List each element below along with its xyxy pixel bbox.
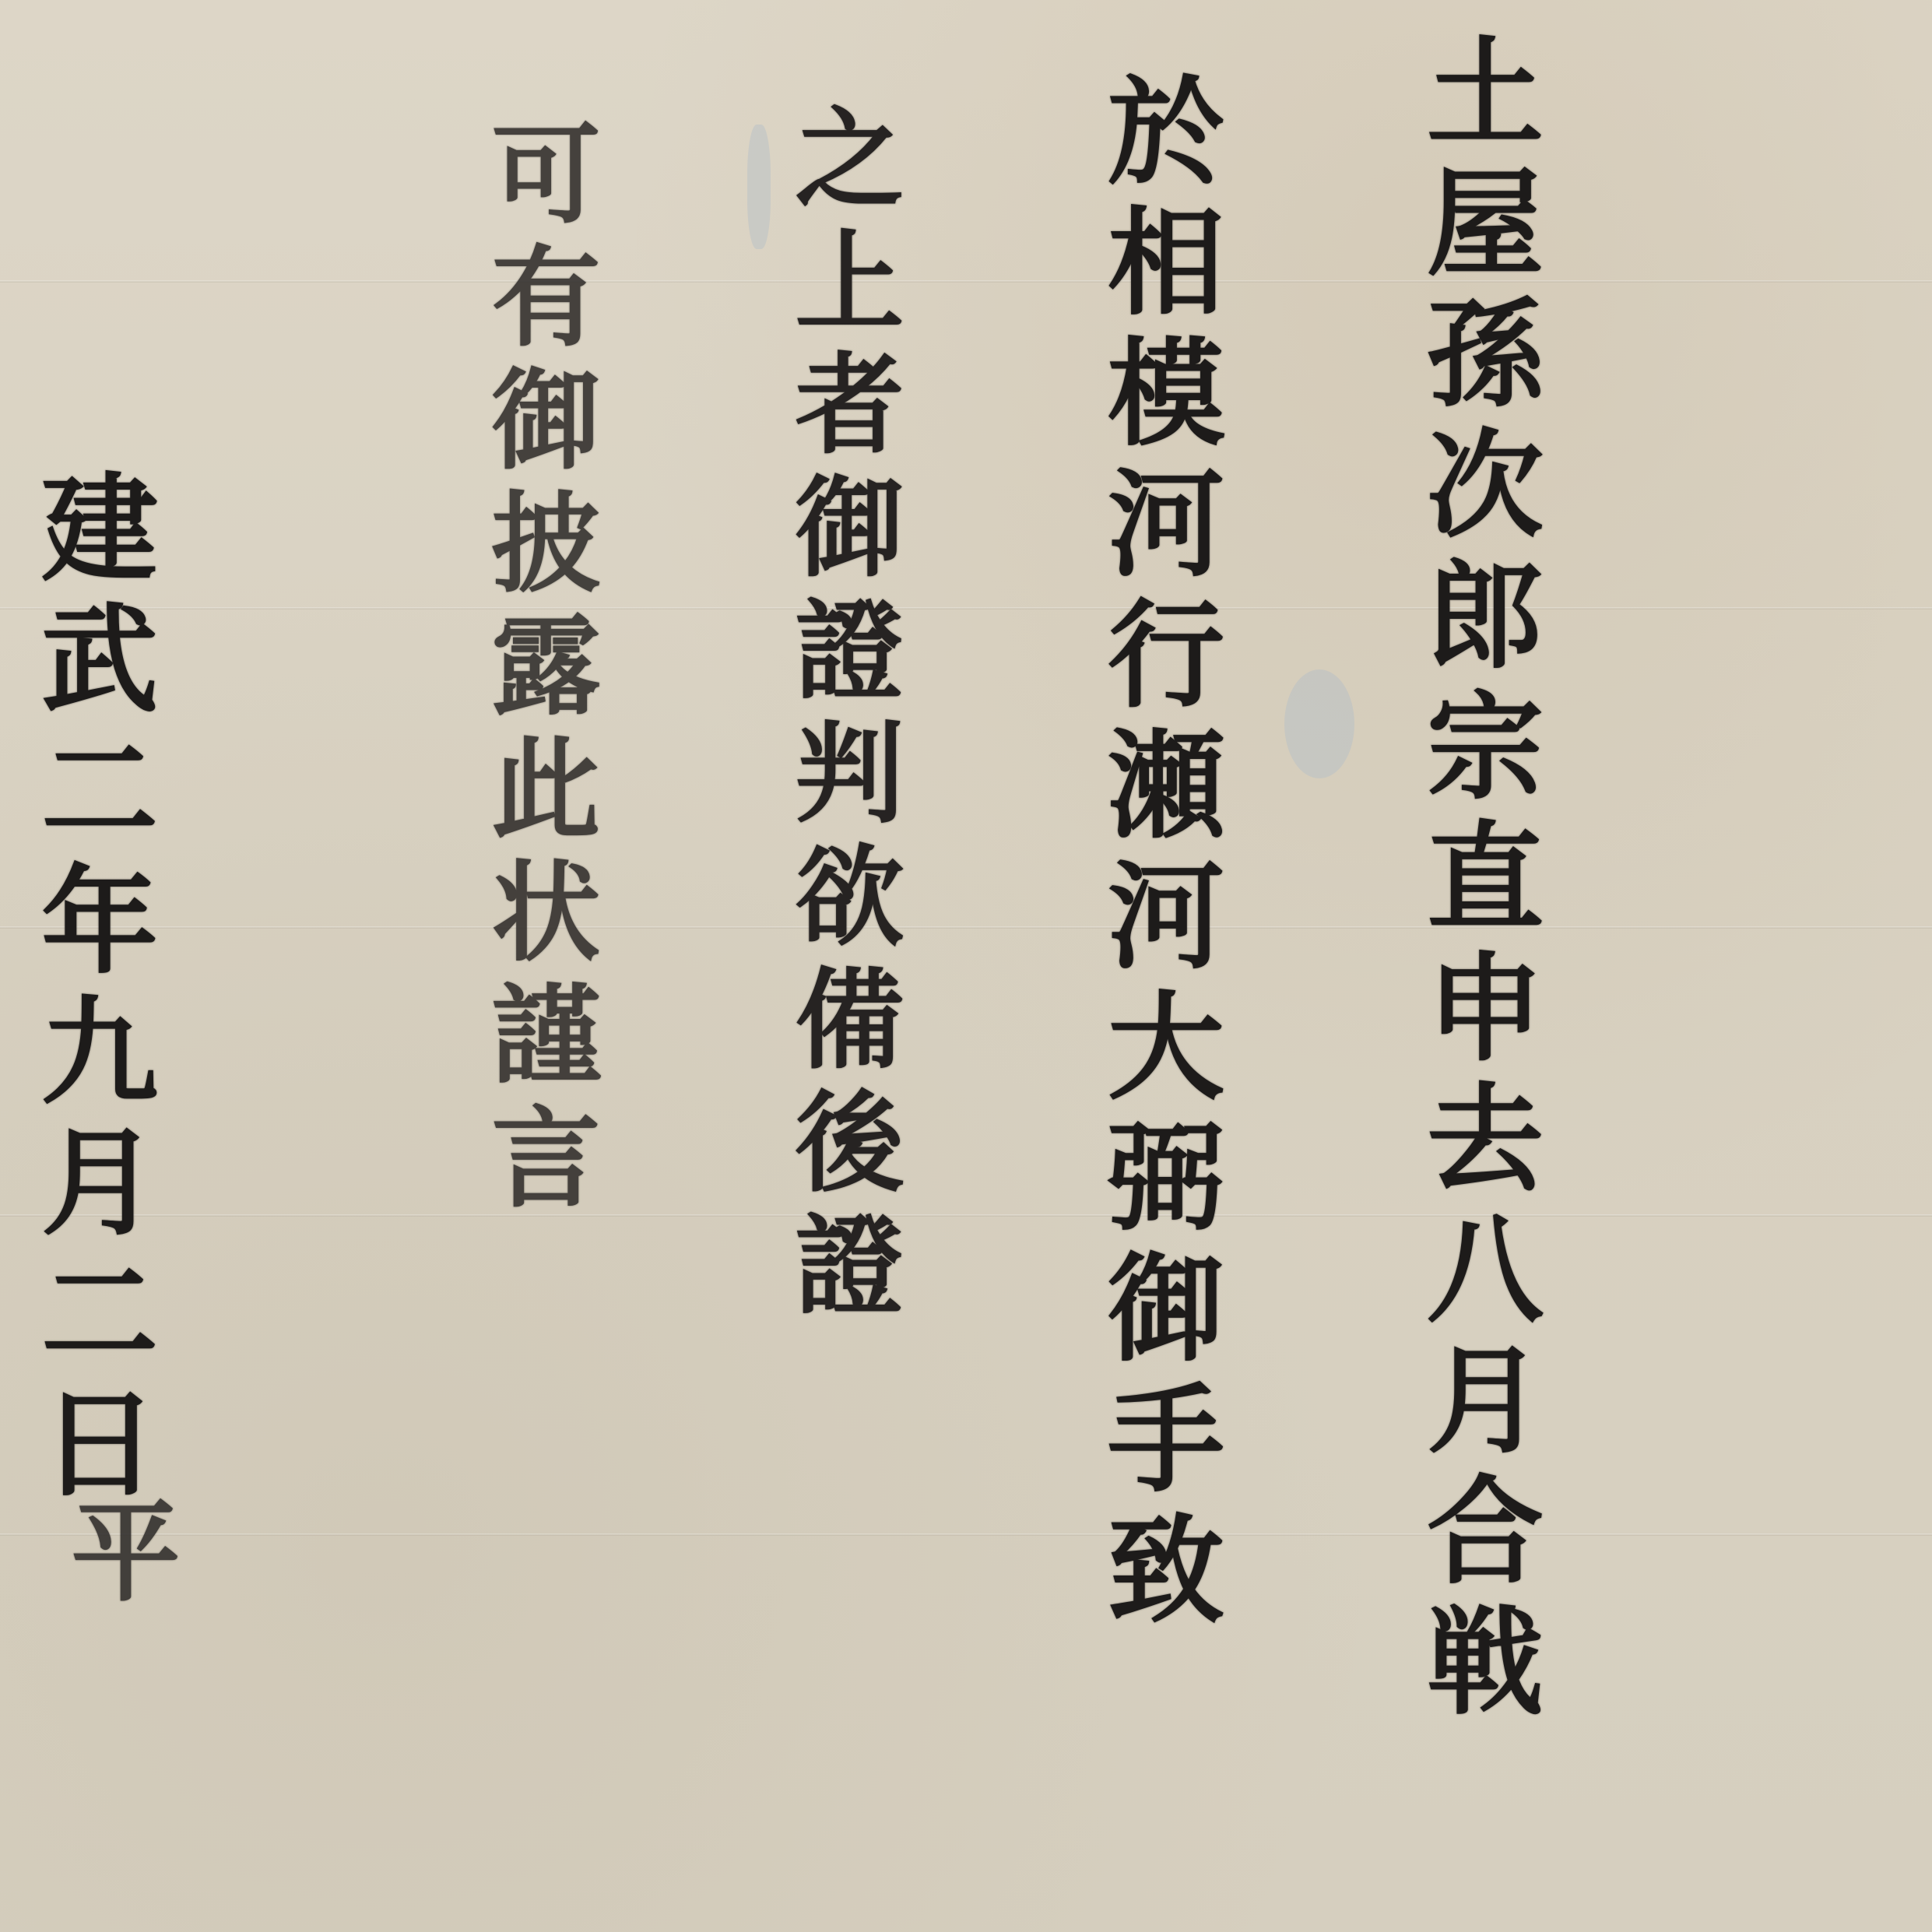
text-column-4: 可有御披露此状謹言 (483, 117, 592, 1224)
fold-line (0, 926, 1932, 929)
text-column-1: 土屋孫次郎宗直申去八月合戦 (1417, 31, 1533, 1731)
fold-line (0, 1214, 1932, 1217)
text-column-2: 於相模河行瀬河大弼御手致 (1098, 70, 1214, 1639)
date-column: 建武二年九月二日 (31, 467, 148, 1513)
fold-line (0, 280, 1932, 283)
fold-line (0, 1533, 1932, 1536)
fold-line (0, 607, 1932, 609)
text-column-3: 之上者御證判欲備後證 (786, 101, 895, 1331)
signature-column: 平 (62, 1495, 171, 1618)
manuscript-sheet: 土屋孫次郎宗直申去八月合戦 於相模河行瀬河大弼御手致 之上者御證判欲備後證 可有… (0, 0, 1932, 1932)
water-stain (747, 125, 771, 249)
water-stain (1284, 669, 1354, 778)
